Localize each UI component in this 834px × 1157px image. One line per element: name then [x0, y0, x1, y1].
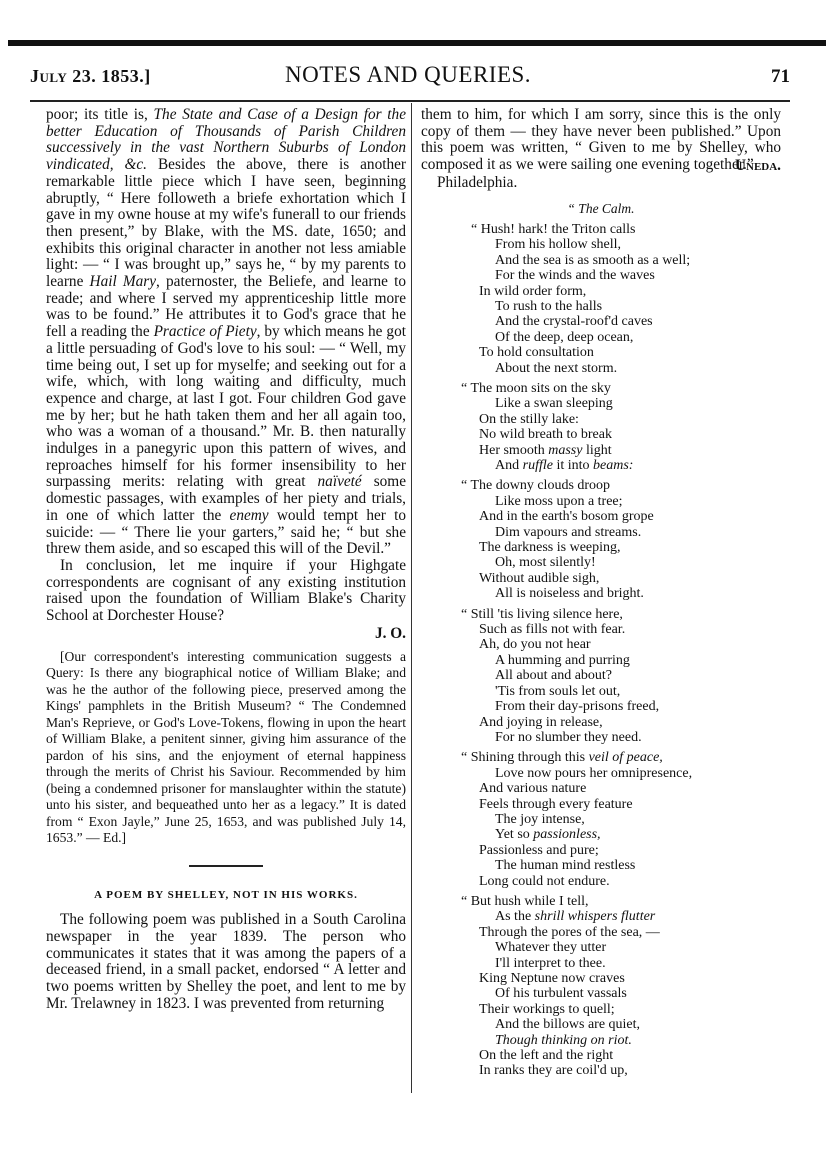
- poem-line: As the shrill whispers flutter: [469, 909, 781, 924]
- poem-line: Of his turbulent vassals: [469, 986, 781, 1001]
- poem-line: In ranks they are coil'd up,: [469, 1063, 781, 1078]
- poem-line: Passionless and pure;: [469, 843, 781, 858]
- poem-line: Without audible sigh,: [469, 571, 781, 586]
- signature: Uneda.: [735, 158, 781, 175]
- poem-line: Though thinking on riot.: [469, 1033, 781, 1048]
- poem-line: Love now pours her omnipresence,: [469, 766, 781, 781]
- poem-line: And various nature: [469, 781, 781, 796]
- poem-line: Oh, most silently!: [469, 555, 781, 570]
- poem-line: Like moss upon a tree;: [469, 494, 781, 509]
- poem-line: The joy intense,: [469, 812, 781, 827]
- poem-line: Ah, do you not hear: [469, 637, 781, 652]
- poem-line: King Neptune now craves: [469, 971, 781, 986]
- poem-line: “ The moon sits on the sky: [461, 381, 781, 396]
- top-border-rule: [8, 40, 826, 46]
- right-column: them to him, for which I am sorry, since…: [421, 107, 781, 1084]
- column-divider: [411, 103, 412, 1093]
- poem-title: “ The Calm.: [421, 201, 781, 218]
- poem-line: On the left and the right: [469, 1048, 781, 1063]
- poem-line: From their day-prisons freed,: [469, 699, 781, 714]
- poem-line: Like a swan sleeping: [469, 396, 781, 411]
- publication-title: NOTES AND QUERIES.: [285, 62, 531, 88]
- poem-line: And the sea is as smooth as a well;: [469, 253, 781, 268]
- poem-line: For no slumber they need.: [469, 730, 781, 745]
- section-heading: A POEM BY SHELLEY, NOT IN HIS WORKS.: [46, 887, 406, 904]
- place-name: Philadelphia.: [421, 175, 781, 192]
- blake-paragraph: poor; its title is, The State and Case o…: [46, 107, 406, 558]
- poem-line: All is noiseless and bright.: [469, 586, 781, 601]
- poem-line: “ Hush! hark! the Triton calls: [461, 222, 781, 237]
- poem-line: For the winds and the waves: [469, 268, 781, 283]
- poem-line: “ The downy clouds droop: [461, 478, 781, 493]
- poem-line: And ruffle it into beams:: [469, 458, 781, 473]
- signature: J. O.: [46, 626, 406, 643]
- poem-line: Long could not endure.: [469, 874, 781, 889]
- poem-line: Of the deep, deep ocean,: [469, 330, 781, 345]
- poem-line: 'Tis from souls let out,: [469, 684, 781, 699]
- poem-line: I'll interpret to thee.: [469, 956, 781, 971]
- poem-line: To hold consultation: [469, 345, 781, 360]
- poem-line: And in the earth's bosom grope: [469, 509, 781, 524]
- poem-line: Feels through every feature: [469, 797, 781, 812]
- section-divider: [189, 865, 263, 867]
- poem: “ Hush! hark! the Triton callsFrom his h…: [421, 222, 781, 1079]
- poem-stanza: “ Still 'tis living silence here,Such as…: [469, 607, 781, 746]
- poem-line: And joying in release,: [469, 715, 781, 730]
- poem-stanza: “ But hush while I tell,As the shrill wh…: [469, 894, 781, 1079]
- poem-line: Whatever they utter: [469, 940, 781, 955]
- poem-line: No wild breath to break: [469, 427, 781, 442]
- shelley-intro-continued: them to him, for which I am sorry, since…: [421, 107, 781, 174]
- shelley-intro-paragraph: The following poem was published in a So…: [46, 912, 406, 1012]
- poem-line: The darkness is weeping,: [469, 540, 781, 555]
- poem-line: Through the pores of the sea, —: [469, 925, 781, 940]
- book-title: Practice of Piety: [154, 323, 257, 340]
- poem-line: From his hollow shell,: [469, 237, 781, 252]
- poem-line: On the stilly lake:: [469, 412, 781, 427]
- poem-line: And the crystal-roof'd caves: [469, 314, 781, 329]
- poem-line: To rush to the halls: [469, 299, 781, 314]
- poem-line: About the next storm.: [469, 361, 781, 376]
- issue-date: July 23. 1853.]: [30, 66, 151, 87]
- poem-line: “ But hush while I tell,: [461, 894, 781, 909]
- poem-line: “ Still 'tis living silence here,: [461, 607, 781, 622]
- poem-line: In wild order form,: [469, 284, 781, 299]
- poem-line: Their workings to quell;: [469, 1002, 781, 1017]
- poem-line: The human mind restless: [469, 858, 781, 873]
- left-column: poor; its title is, The State and Case o…: [46, 107, 406, 1012]
- poem-stanza: “ Shining through this veil of peace,Lov…: [469, 750, 781, 889]
- poem-line: Yet so passionless,: [469, 827, 781, 842]
- poem-line: Such as fills not with fear.: [469, 622, 781, 637]
- poem-line: All about and about?: [469, 668, 781, 683]
- poem-line: A humming and purring: [469, 653, 781, 668]
- poem-line: “ Shining through this veil of peace,: [461, 750, 781, 765]
- poem-stanza: “ The moon sits on the skyLike a swan sl…: [469, 381, 781, 473]
- poem-line: Her smooth massy light: [469, 443, 781, 458]
- page-number: 71: [771, 66, 790, 88]
- conclusion-paragraph: In conclusion, let me inquire if your Hi…: [46, 558, 406, 625]
- page-header: July 23. 1853.] NOTES AND QUERIES. 71: [30, 60, 790, 96]
- poem-line: And the billows are quiet,: [469, 1017, 781, 1032]
- header-rule: [30, 100, 790, 102]
- poem-stanza: “ The downy clouds droopLike moss upon a…: [469, 478, 781, 601]
- poem-stanza: “ Hush! hark! the Triton callsFrom his h…: [469, 222, 781, 376]
- poem-line: Dim vapours and streams.: [469, 525, 781, 540]
- editor-note: [Our correspondent's interesting communi…: [46, 649, 406, 847]
